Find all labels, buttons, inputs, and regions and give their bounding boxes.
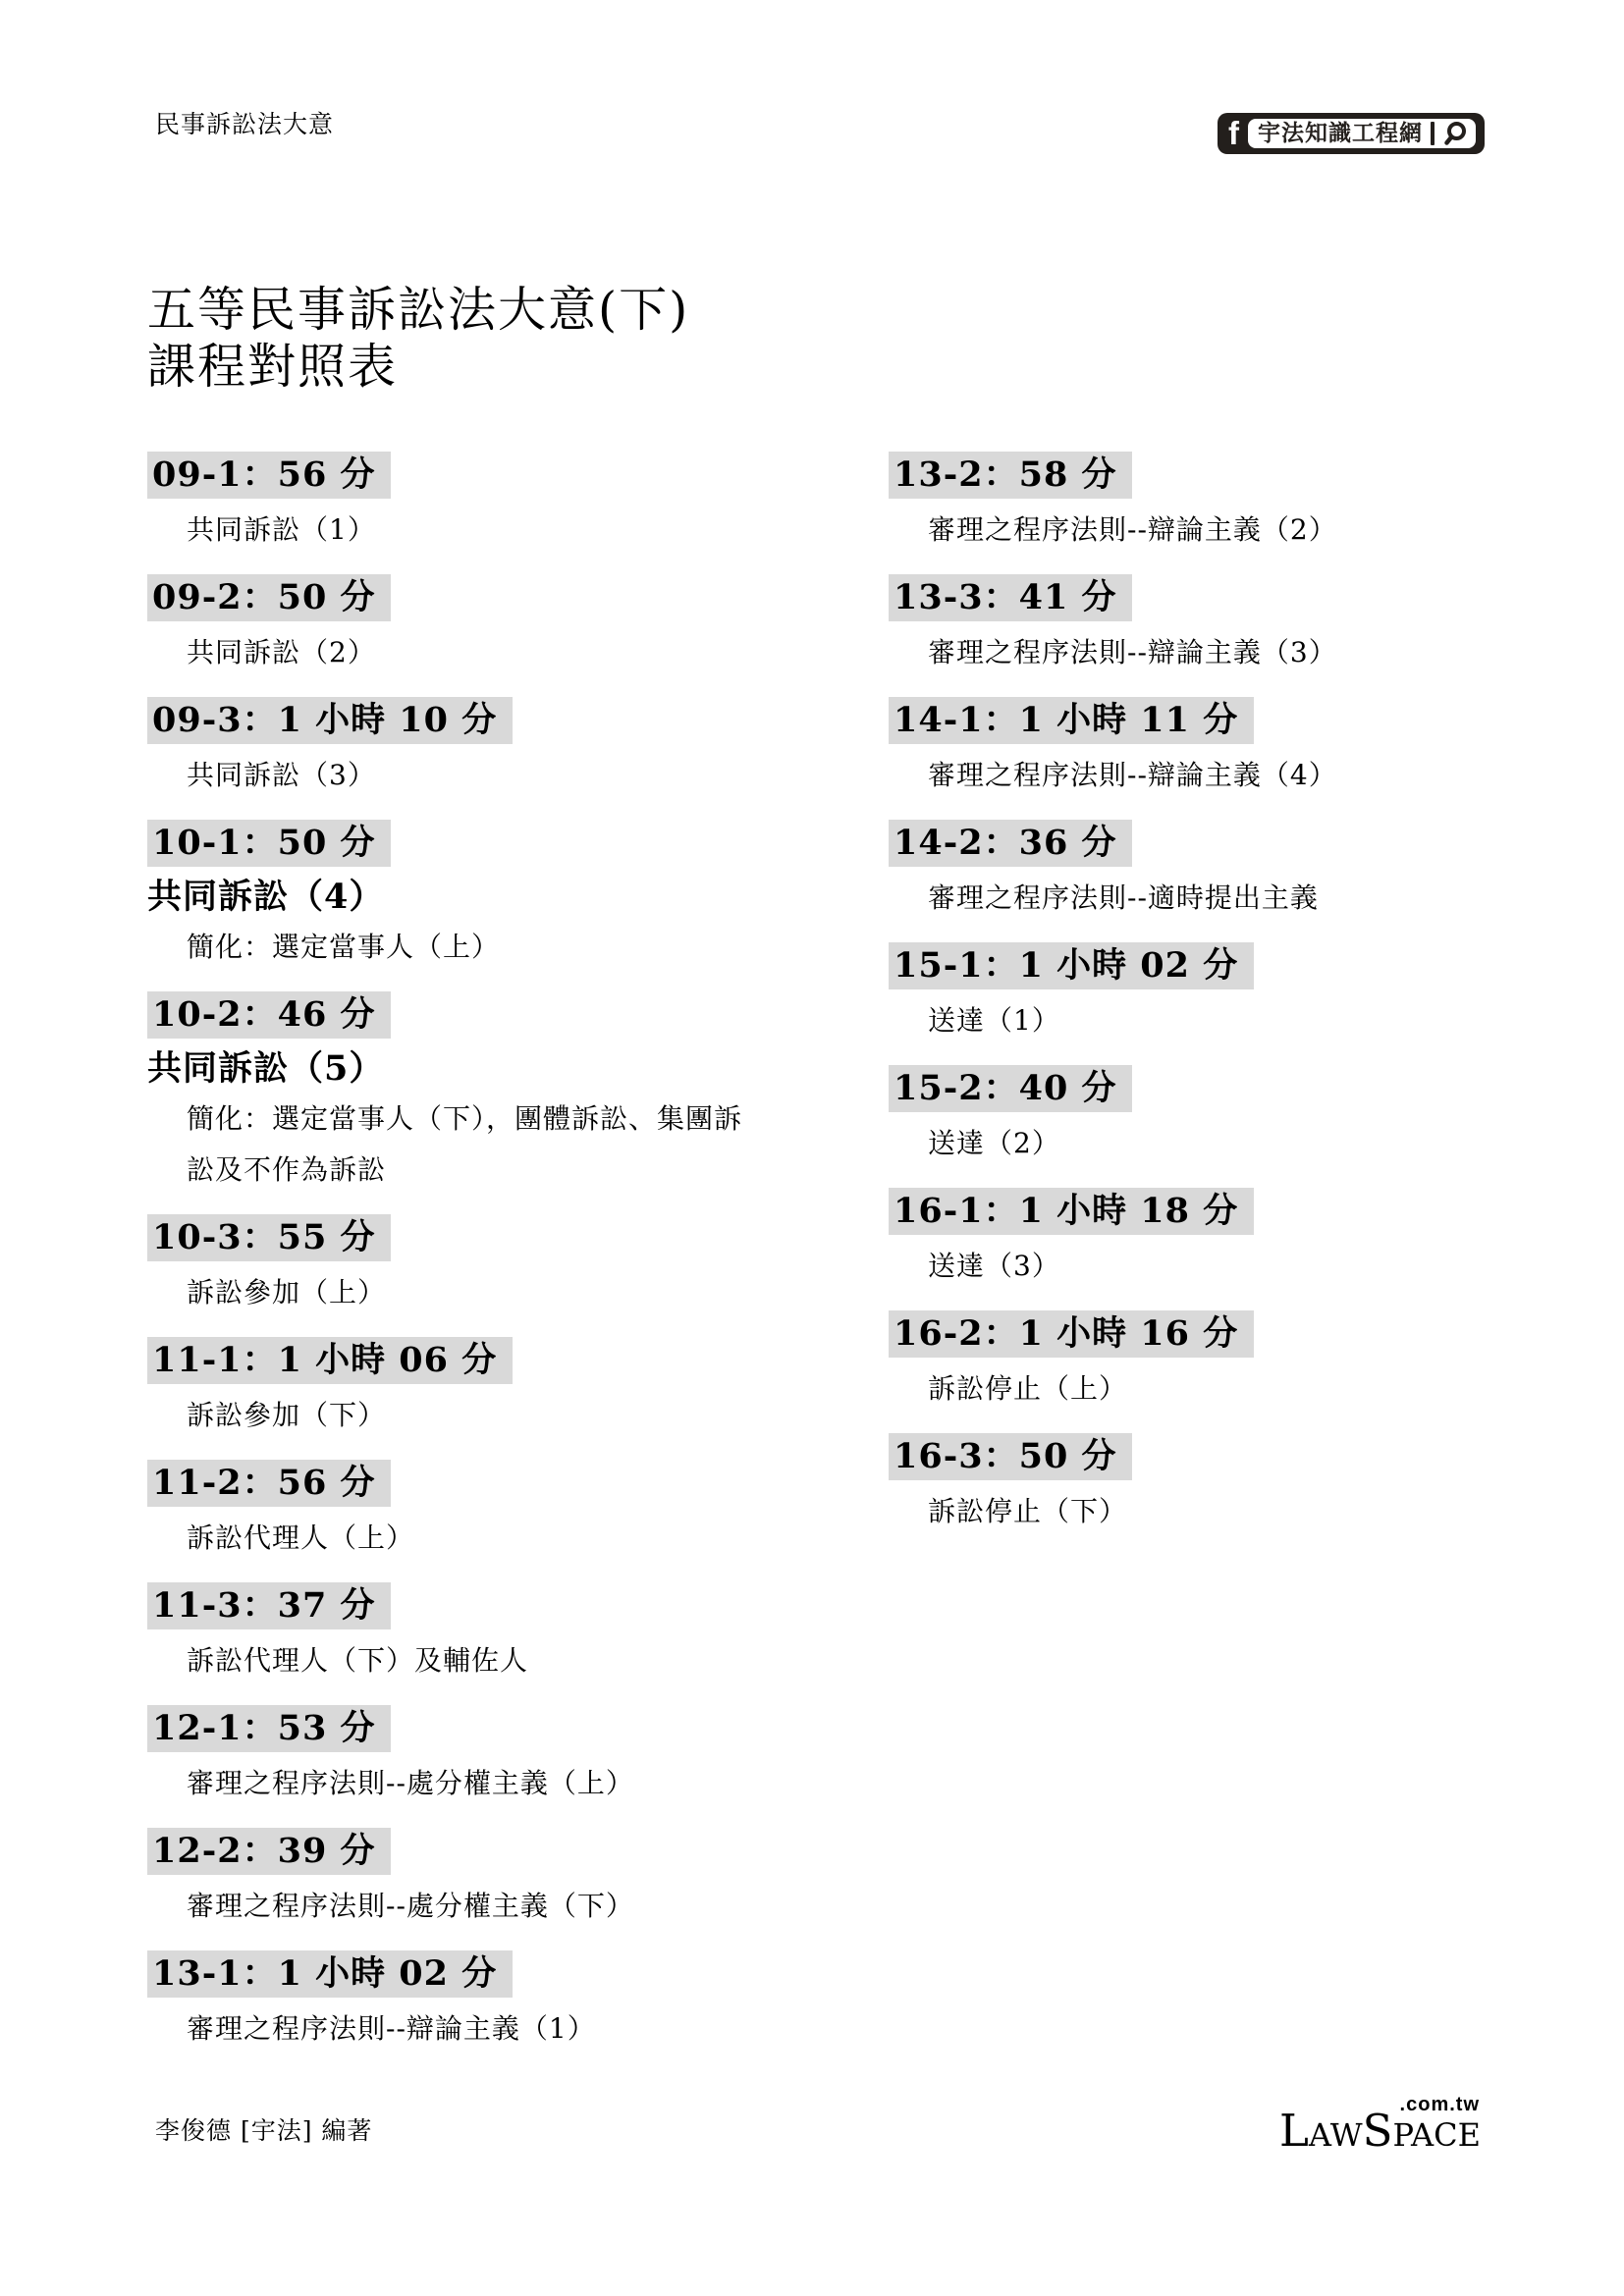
site-name-pill: 宇法知識工程網 — [1248, 119, 1476, 148]
course-code-duration: 11-1：1 小時 06 分 — [147, 1337, 513, 1384]
footer-author: 李俊德 [宇法] 編著 — [155, 2116, 372, 2146]
course-entry: 11-2：56 分訴訟代理人（上） — [147, 1460, 815, 1564]
site-name-label: 宇法知識工程網 — [1258, 122, 1423, 144]
course-description-line: 審理之程序法則--處分權主義（下） — [147, 1881, 815, 1932]
course-description-line: 共同訴訟（1） — [147, 505, 815, 556]
course-code-duration: 14-1：1 小時 11 分 — [889, 697, 1254, 744]
document-page: 民事訴訟法大意 f 宇法知識工程網 五等民事訴訟法大意(下) 課程對照表 09-… — [0, 0, 1624, 2296]
course-code-duration: 15-2：40 分 — [889, 1065, 1132, 1112]
separator-bar — [1431, 122, 1435, 145]
doc-header-title: 民事訴訟法大意 — [155, 110, 334, 139]
course-description-line: 訴訟停止（下） — [889, 1486, 1556, 1537]
course-code-duration: 15-1：1 小時 02 分 — [889, 942, 1254, 989]
course-entry: 14-2：36 分審理之程序法則--適時提出主義 — [889, 820, 1556, 924]
course-code-duration: 16-3：50 分 — [889, 1433, 1132, 1480]
course-description-line: 審理之程序法則--辯論主義（4） — [889, 750, 1556, 801]
course-code-duration: 12-1：53 分 — [147, 1705, 391, 1752]
course-entry: 13-3：41 分審理之程序法則--辯論主義（3） — [889, 574, 1556, 678]
logo-letters: PACE — [1392, 2116, 1481, 2154]
course-description-line: 訴訟參加（下） — [147, 1390, 815, 1441]
course-description-line: 送達（2） — [889, 1118, 1556, 1169]
course-description-line: 訴訟代理人（上） — [147, 1513, 815, 1564]
course-entry: 10-2：46 分共同訴訟（5）簡化：選定當事人（下），團體訴訟、集團訴訟及不作… — [147, 991, 815, 1196]
course-entry: 11-1：1 小時 06 分訴訟參加（下） — [147, 1337, 815, 1441]
page-title-line2: 課程對照表 — [147, 339, 689, 396]
course-entry: 13-2：58 分審理之程序法則--辯論主義（2） — [889, 452, 1556, 556]
course-code-duration: 09-1：56 分 — [147, 452, 391, 499]
facebook-site-badge[interactable]: f 宇法知識工程網 — [1218, 113, 1485, 154]
course-subtitle: 共同訴訟（5） — [147, 1044, 815, 1094]
course-entry: 16-1：1 小時 18 分送達（3） — [889, 1188, 1556, 1292]
course-description-line: 審理之程序法則--辯論主義（2） — [889, 505, 1556, 556]
course-code-duration: 11-2：56 分 — [147, 1460, 391, 1507]
course-entry: 09-3：1 小時 10 分共同訴訟（3） — [147, 697, 815, 801]
facebook-icon: f — [1228, 117, 1239, 149]
course-subtitle: 共同訴訟（4） — [147, 873, 815, 922]
course-description-line: 簡化：選定當事人（上） — [147, 922, 815, 973]
course-description-line: 審理之程序法則--適時提出主義 — [889, 873, 1556, 924]
course-code-duration: 10-2：46 分 — [147, 991, 391, 1039]
course-entry: 15-2：40 分送達（2） — [889, 1065, 1556, 1169]
course-code-duration: 13-1：1 小時 02 分 — [147, 1950, 513, 1998]
course-description-line: 審理之程序法則--處分權主義（上） — [147, 1758, 815, 1809]
course-code-duration: 09-2：50 分 — [147, 574, 391, 621]
course-column-left: 09-1：56 分共同訴訟（1）09-2：50 分共同訴訟（2）09-3：1 小… — [147, 452, 815, 2073]
course-code-duration: 10-1：50 分 — [147, 820, 391, 867]
course-code-duration: 16-2：1 小時 16 分 — [889, 1310, 1254, 1358]
course-description-line: 送達（3） — [889, 1241, 1556, 1292]
logo-letter: S — [1363, 2105, 1393, 2157]
course-code-duration: 10-3：55 分 — [147, 1214, 391, 1261]
course-code-duration: 16-1：1 小時 18 分 — [889, 1188, 1254, 1235]
course-description-line: 送達（1） — [889, 995, 1556, 1046]
course-code-duration: 13-2：58 分 — [889, 452, 1132, 499]
logo-letters: AW — [1309, 2116, 1363, 2154]
course-description-line: 共同訴訟（2） — [147, 627, 815, 678]
course-entry: 10-3：55 分訴訟參加（上） — [147, 1214, 815, 1318]
course-entry: 16-3：50 分訴訟停止（下） — [889, 1433, 1556, 1537]
course-description-line: 審理之程序法則--辯論主義（3） — [889, 627, 1556, 678]
course-description-line: 訴訟停止（上） — [889, 1363, 1556, 1415]
course-description-line: 審理之程序法則--辯論主義（1） — [147, 2003, 815, 2055]
course-entry: 14-1：1 小時 11 分審理之程序法則--辯論主義（4） — [889, 697, 1556, 801]
course-description-line: 訟及不作為訴訟 — [147, 1145, 815, 1196]
logo-letter: L — [1279, 2105, 1309, 2157]
course-description-line: 訴訟參加（上） — [147, 1267, 815, 1318]
course-column-right: 13-2：58 分審理之程序法則--辯論主義（2）13-3：41 分審理之程序法… — [889, 452, 1556, 1556]
course-entry: 09-2：50 分共同訴訟（2） — [147, 574, 815, 678]
course-code-duration: 13-3：41 分 — [889, 574, 1132, 621]
lawspace-logo: .com.tw LAWSPACE — [1284, 2095, 1481, 2161]
course-code-duration: 12-2：39 分 — [147, 1828, 391, 1875]
course-entry: 16-2：1 小時 16 分訴訟停止（上） — [889, 1310, 1556, 1415]
course-entry: 13-1：1 小時 02 分審理之程序法則--辯論主義（1） — [147, 1950, 815, 2055]
course-entry: 09-1：56 分共同訴訟（1） — [147, 452, 815, 556]
course-code-duration: 09-3：1 小時 10 分 — [147, 697, 513, 744]
course-entry: 12-2：39 分審理之程序法則--處分權主義（下） — [147, 1828, 815, 1932]
page-title: 五等民事訴訟法大意(下) 課程對照表 — [147, 282, 689, 396]
page-title-line1: 五等民事訴訟法大意(下) — [147, 282, 689, 339]
course-entry: 12-1：53 分審理之程序法則--處分權主義（上） — [147, 1705, 815, 1809]
search-icon — [1442, 121, 1468, 146]
course-code-duration: 14-2：36 分 — [889, 820, 1132, 867]
course-code-duration: 11-3：37 分 — [147, 1582, 391, 1629]
lawspace-wordmark: LAWSPACE — [1279, 2111, 1481, 2161]
course-description-line: 簡化：選定當事人（下），團體訴訟、集團訴 — [147, 1094, 815, 1145]
course-entry: 11-3：37 分訴訟代理人（下）及輔佐人 — [147, 1582, 815, 1686]
course-entry: 15-1：1 小時 02 分送達（1） — [889, 942, 1556, 1046]
course-entry: 10-1：50 分共同訴訟（4）簡化：選定當事人（上） — [147, 820, 815, 973]
course-description-line: 共同訴訟（3） — [147, 750, 815, 801]
course-description-line: 訴訟代理人（下）及輔佐人 — [147, 1635, 815, 1686]
